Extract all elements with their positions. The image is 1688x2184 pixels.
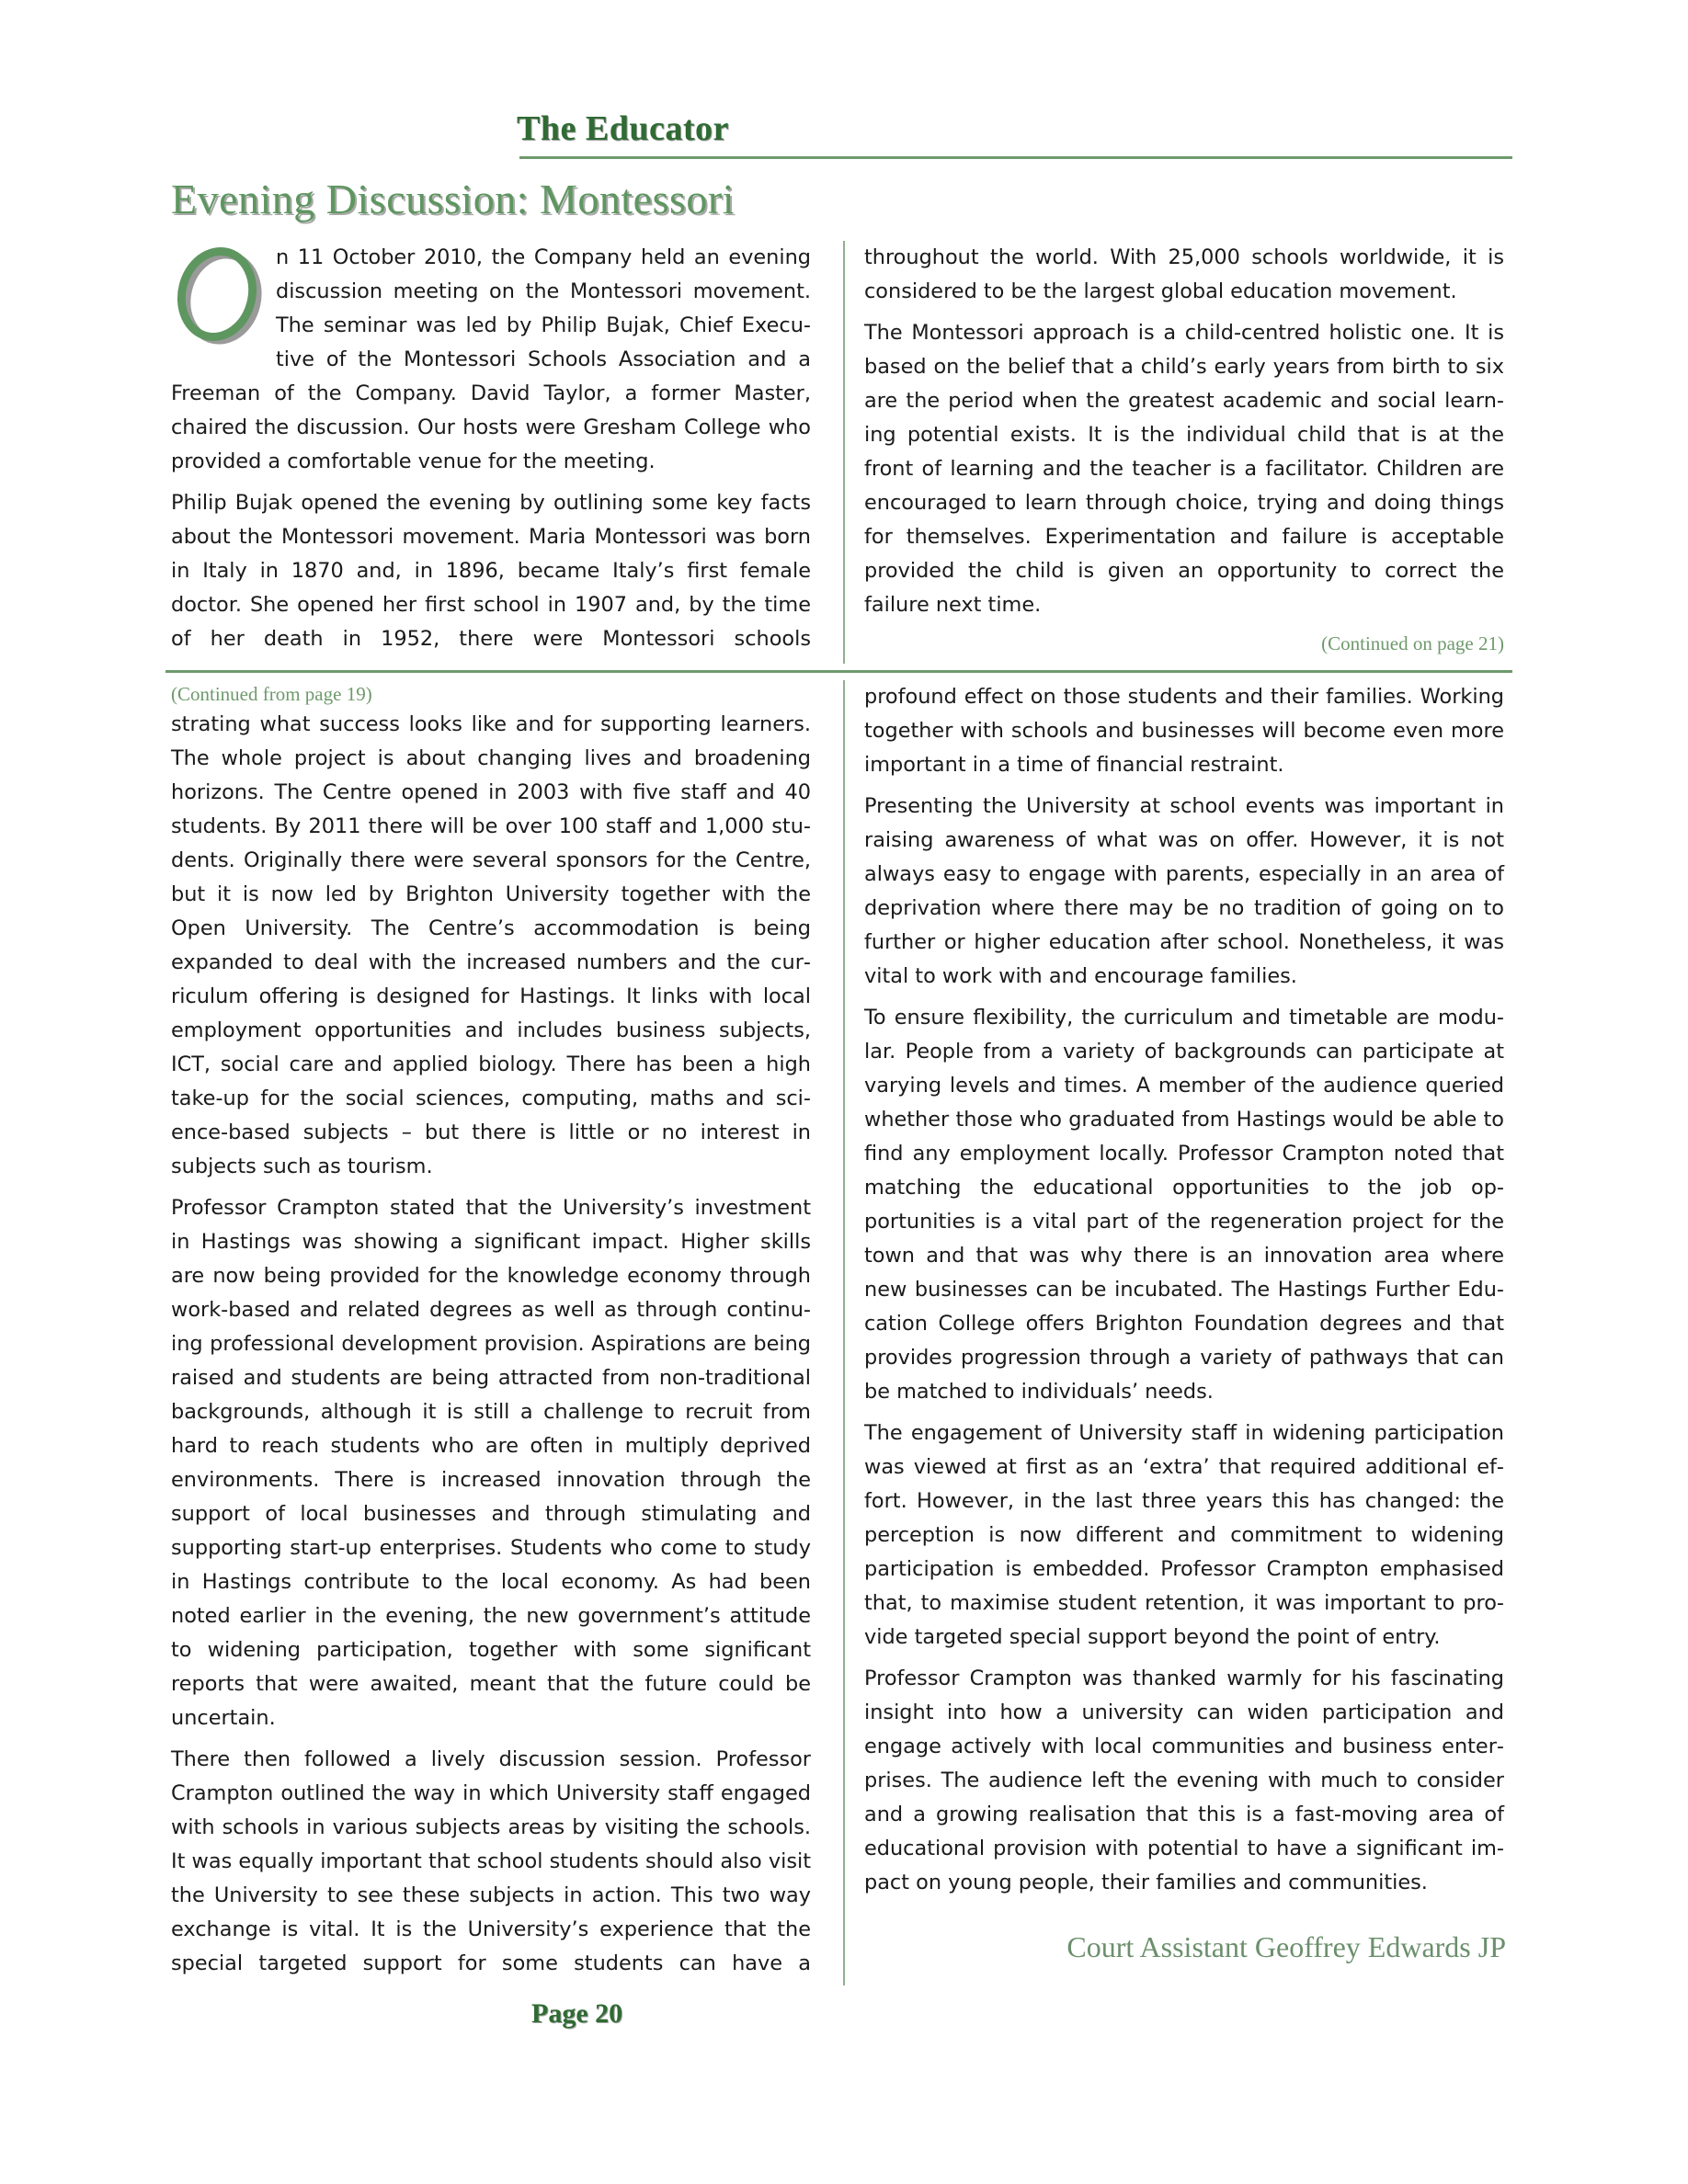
paragraph: The engagement of University staff in wi… [864,1416,1504,1655]
article-column-top-right: throughout the world. With 25,000 school… [864,241,1504,657]
paragraph: Philip Bujak opened the evening by outli… [171,486,811,656]
article-column-top-left: n 11 October 2010, the Company held an e… [171,241,811,664]
paragraph: throughout the world. With 25,000 school… [864,241,1504,309]
paragraph: To ensure flexibility, the curriculum an… [864,1001,1504,1409]
paragraph: Presenting the University at school even… [864,790,1504,994]
continuation-column-left: strating what success looks like and for… [171,708,811,1988]
paragraph: Professor Crampton was thanked warmly fo… [864,1662,1504,1900]
page-number: Page 20 [531,1998,622,2030]
column-divider-top [843,241,845,664]
article-title: Evening Discussion: Montessori [171,175,735,223]
continued-on-link[interactable]: (Continued on page 21) [864,630,1504,657]
paragraph: profound effect on those students and th… [864,680,1504,782]
masthead-rule [519,156,1512,159]
section-rule [165,670,1512,673]
paragraph: strating what success looks like and for… [171,708,811,1184]
dropcap-o-icon [171,245,268,346]
continuation-column-right: profound effect on those students and th… [864,680,1504,1907]
paragraph: The Montessori approach is a child-centr… [864,316,1504,622]
continued-from-link[interactable]: (Continued from page 19) [171,680,372,708]
author-signature: Court Assistant Geoffrey Edwards JP [1066,1930,1506,1964]
column-divider-bottom [843,680,845,1985]
publication-masthead: The Educator [517,108,729,149]
paragraph: There then followed a lively discussion … [171,1743,811,1981]
paragraph: Professor Crampton stated that the Unive… [171,1191,811,1735]
